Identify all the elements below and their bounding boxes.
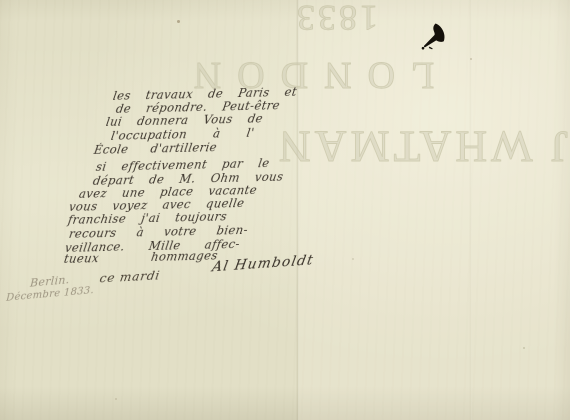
pencil-date-note: Décembre 1833.: [6, 285, 94, 304]
watermark-year: 1833: [291, 0, 381, 38]
paper-speck: [115, 398, 117, 400]
paper-speck: [352, 258, 354, 260]
handwriting-line: tueux hommages: [63, 249, 219, 266]
date-note: ce mardi: [99, 268, 162, 285]
fold-crease-secondary: [469, 0, 472, 420]
signature: Al Humboldt: [211, 253, 315, 276]
letter-page: 1833 LONDON J WHATMAN les travaux de Par…: [0, 0, 570, 420]
watermark-maker: J WHATMAN: [306, 118, 568, 174]
paper-speck: [523, 347, 525, 349]
paper-speck: [177, 20, 180, 23]
paper-speck: [470, 58, 472, 60]
ink-blot: [420, 22, 452, 56]
handwriting-line: École d'artillerie: [93, 140, 218, 157]
